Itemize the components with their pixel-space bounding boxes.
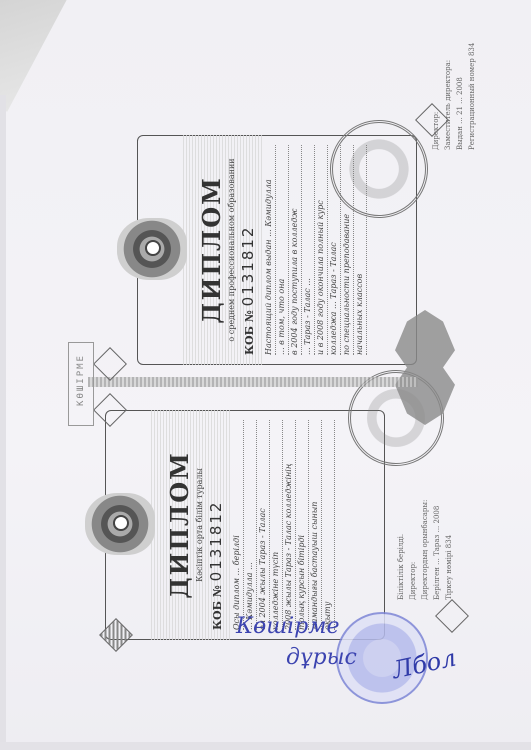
diploma-number: 0131812 — [207, 501, 225, 582]
scanned-page: о среднем профессиональном образовании Д… — [0, 0, 531, 750]
diploma-title: ДИПЛОМ — [197, 125, 226, 375]
diploma-header: Кәсіптік орта білім туралы — [195, 400, 204, 650]
diamond-mark-icon — [435, 599, 469, 633]
state-emblem-icon — [85, 493, 155, 555]
signatures-kazakh: Біліктілік берілді. Директор: Директорды… — [395, 450, 455, 600]
diploma-title: ДИПЛОМ — [165, 400, 194, 650]
handwritten-correct-note: дұрыс — [286, 645, 357, 670]
college-seal-top — [330, 120, 428, 218]
diploma-subtitle: о среднем профессиональном образовании — [227, 125, 236, 375]
diploma-kazakh-half: Кәсіптік орта білім туралы ДИПЛОМ КОБ № … — [95, 400, 395, 650]
fold-streak — [88, 377, 418, 387]
page-bottom-edge — [0, 742, 531, 750]
page-left-edge — [0, 95, 6, 750]
diploma-body: Осы диплом ... берілді ... Кәмидулла ...… — [231, 420, 335, 630]
diploma-serial: КОБ № 0131812 — [207, 501, 225, 630]
diamond-mark-icon — [93, 347, 127, 381]
diploma-number: 0131812 — [239, 226, 257, 307]
copy-stamp: КӨШІРМЕ — [68, 342, 94, 426]
page-corner-fold — [0, 0, 82, 112]
diploma-serial: КОБ № 0131812 — [239, 226, 257, 355]
state-emblem-icon — [117, 218, 187, 280]
handwritten-copy-note: Көшірме — [236, 614, 340, 639]
